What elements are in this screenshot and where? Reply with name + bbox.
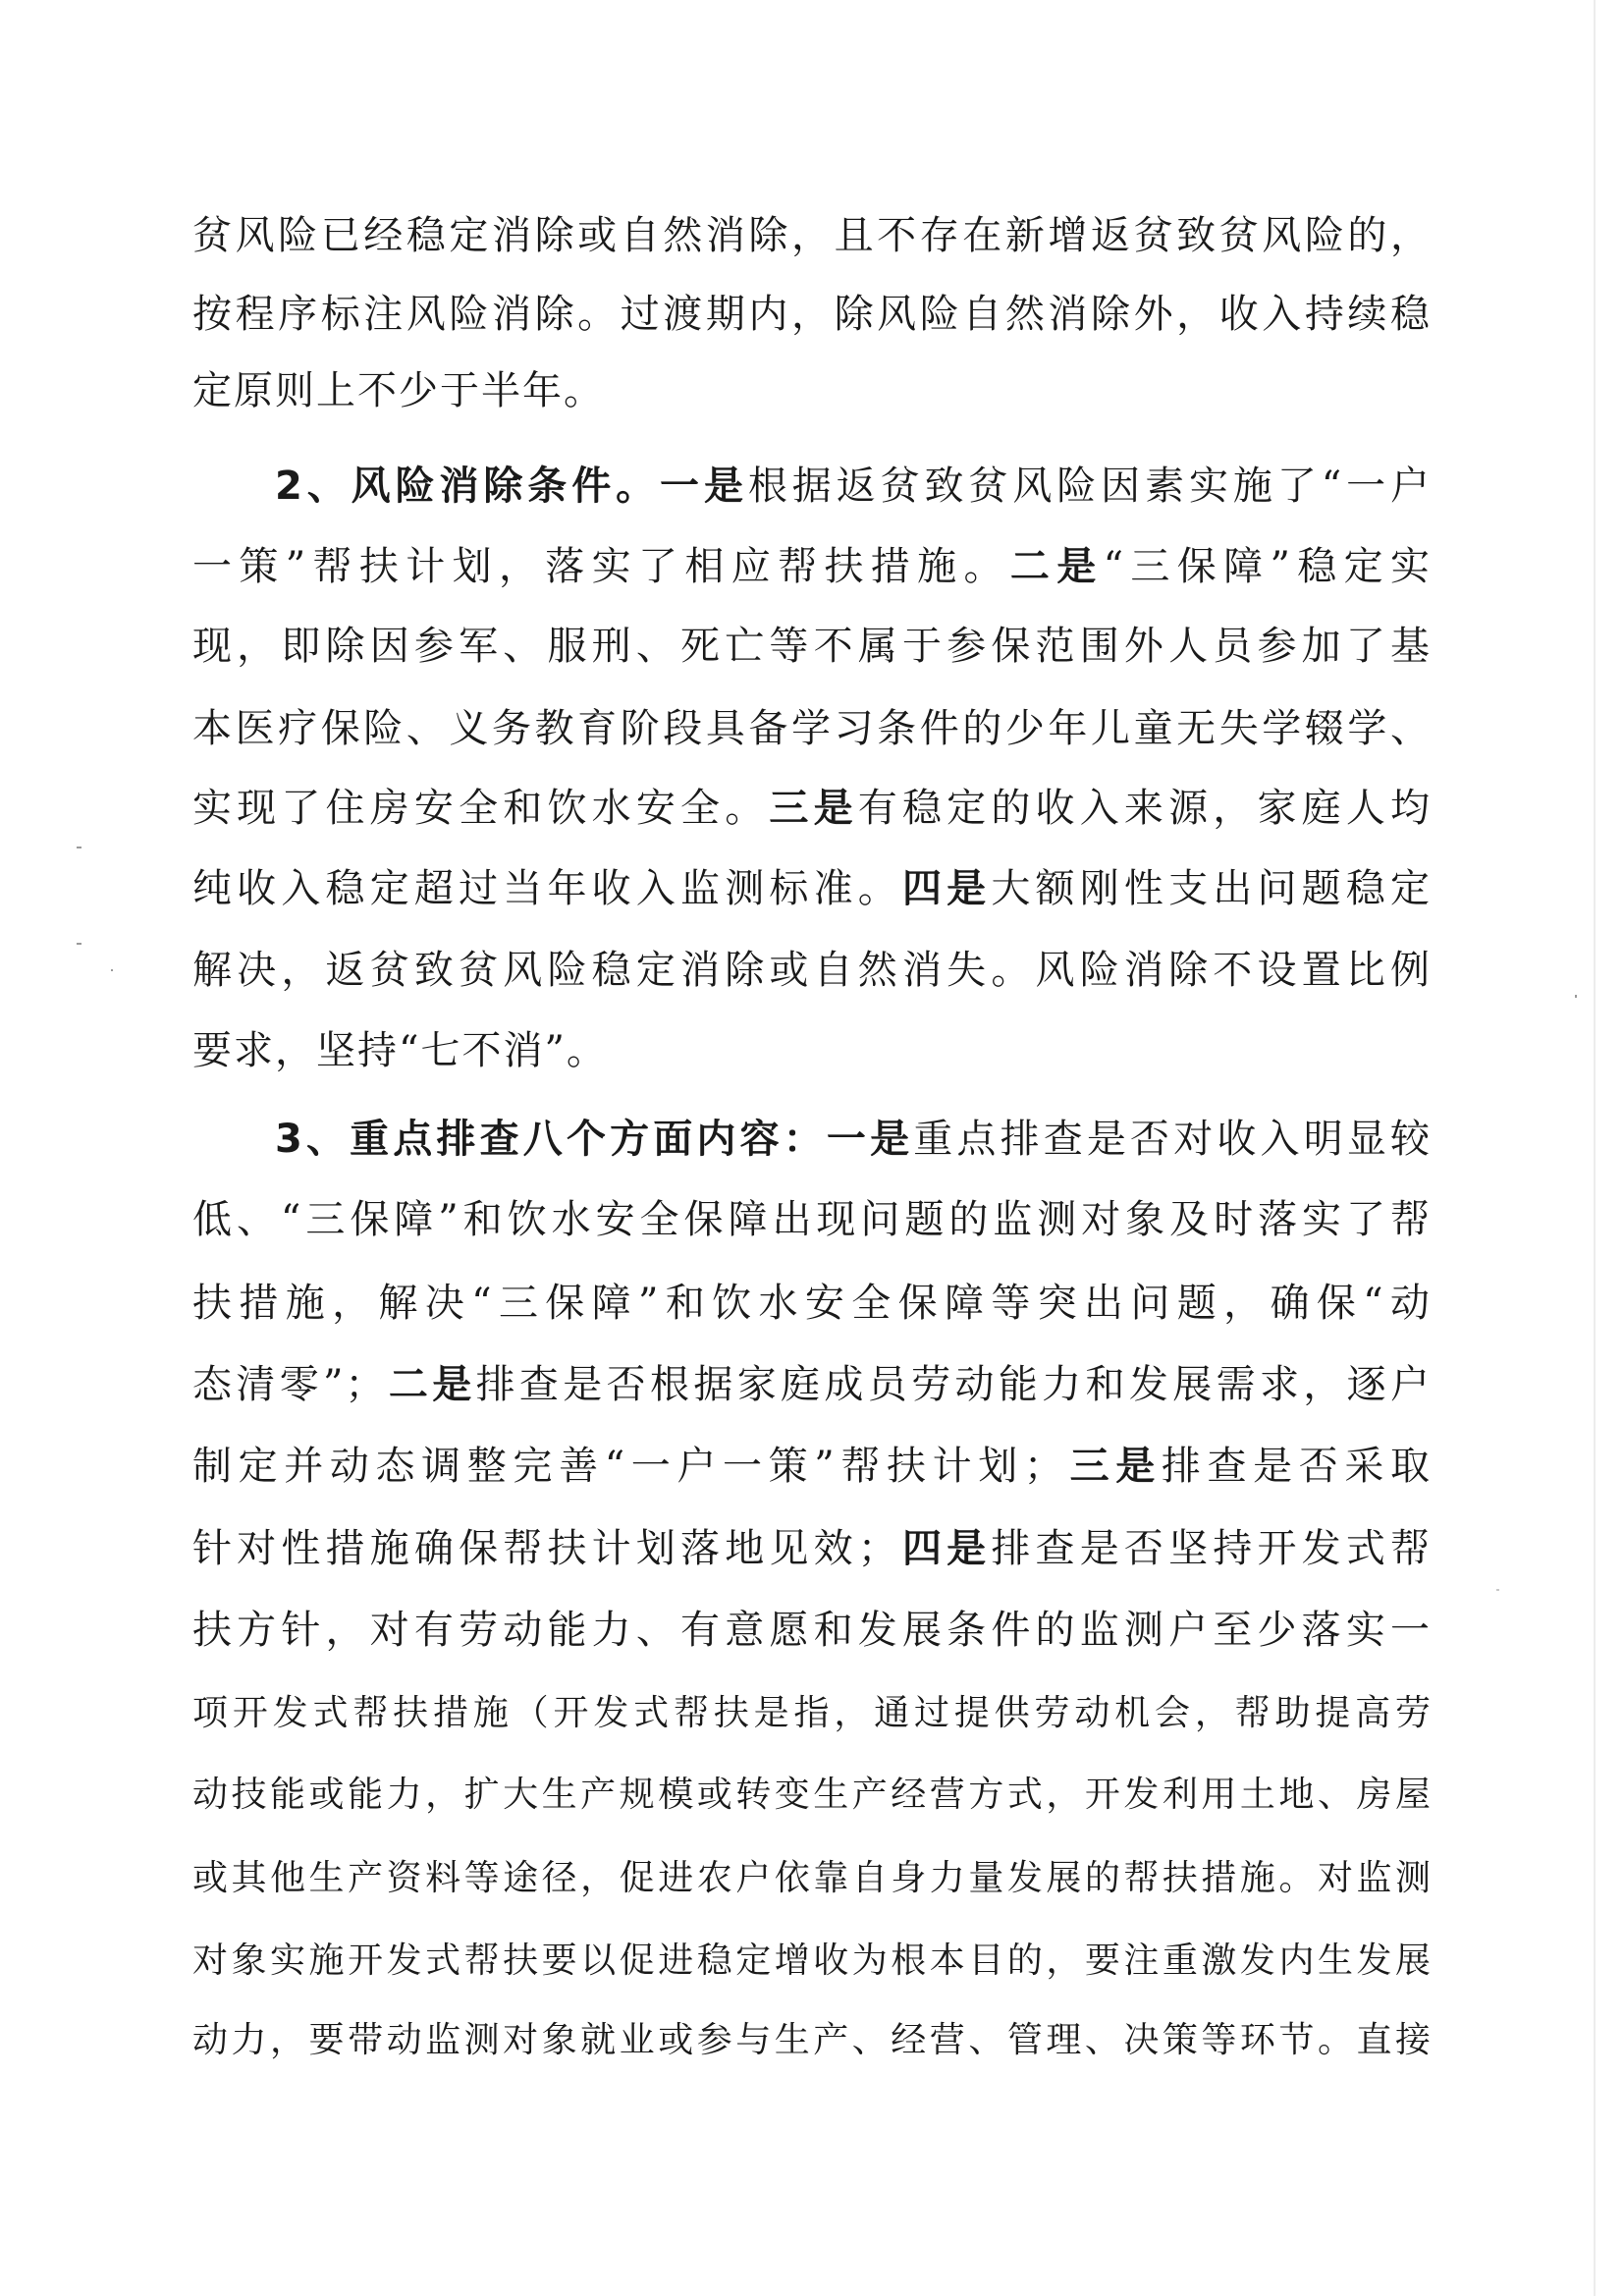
body-text: 动力，要带动监测对象就业或参与生产、经营、管理、决策等环节。直接 — [192, 2020, 1432, 2060]
body-text: 排查是否坚持开发式帮 — [991, 1526, 1432, 1571]
body-text: 有稳定的收入来源，家庭人均 — [858, 786, 1432, 831]
p2-risk-elimination-conditions-line: 本医疗保险、义务教育阶段具备学习条件的少年儿童无失学辍学、 — [192, 704, 1432, 753]
body-text: 解决，返贫致贫风险稳定消除或自然消失。风险消除不设置比例 — [192, 948, 1432, 993]
p3-eight-aspects-line: 项开发式帮扶措施（开发式帮扶是指，通过提供劳动机会，帮助提高劳 — [192, 1689, 1432, 1738]
bold-heading-text: 四是 — [902, 866, 991, 911]
p3-eight-aspects-line: 态清零”；二是排查是否根据家庭成员劳动能力和发展需求，逐户 — [192, 1360, 1432, 1409]
body-text: 一策”帮扶计划，落实了相应帮扶措施。 — [192, 544, 1010, 589]
body-text: 按程序标注风险消除。过渡期内，除风险自然消除外，收入持续稳 — [192, 292, 1432, 337]
body-text: 动技能或能力，扩大生产规模或转变生产经营方式，开发利用土地、房屋 — [192, 1775, 1432, 1815]
body-text: 现，即除因参军、服刑、死亡等不属于参保范围外人员参加了基 — [192, 624, 1432, 669]
p3-eight-aspects-line: 扶方针，对有劳动能力、有意愿和发展条件的监测户至少落实一 — [192, 1606, 1432, 1655]
p3-eight-aspects-line: 3、重点排查八个方面内容：一是重点排查是否对收入明显较 — [192, 1115, 1432, 1164]
body-text: “三保障”稳定实 — [1104, 544, 1432, 589]
p2-risk-elimination-conditions-line: 要求，坚持“七不消”。 — [192, 1026, 1432, 1075]
scan-edge-line — [1594, 0, 1596, 2296]
body-text: 本医疗保险、义务教育阶段具备学习条件的少年儿童无失学辍学、 — [192, 706, 1432, 751]
bold-heading-text: 二是 — [1010, 544, 1104, 589]
p2-risk-elimination-conditions-line: 一策”帮扶计划，落实了相应帮扶措施。二是“三保障”稳定实 — [192, 542, 1432, 591]
body-text: 制定并动态调整完善“一户一策”帮扶计划； — [192, 1444, 1065, 1489]
p2-risk-elimination-conditions-line: 实现了住房安全和饮水安全。三是有稳定的收入来源，家庭人均 — [192, 784, 1432, 833]
body-text: 针对性措施确保帮扶计划落地见效； — [192, 1526, 899, 1571]
p3-eight-aspects-line: 动力，要带动监测对象就业或参与生产、经营、管理、决策等环节。直接 — [192, 2016, 1432, 2065]
body-text: 扶方针，对有劳动能力、有意愿和发展条件的监测户至少落实一 — [192, 1608, 1432, 1653]
bold-heading-text: 三是 — [1065, 1444, 1162, 1489]
p1-continuation-line: 按程序标注风险消除。过渡期内，除风险自然消除外，收入持续稳 — [192, 290, 1432, 339]
p3-eight-aspects-line: 对象实施开发式帮扶要以促进稳定增收为根本目的，要注重激发内生发展 — [192, 1937, 1432, 1986]
scan-speck — [111, 969, 113, 971]
p3-eight-aspects-line: 制定并动态调整完善“一户一策”帮扶计划；三是排查是否采取 — [192, 1442, 1432, 1491]
body-text: 大额刚性支出问题稳定 — [991, 866, 1432, 911]
p1-continuation-line: 定原则上不少于半年。 — [192, 366, 1432, 415]
scanned-document-page: 贫风险已经稳定消除或自然消除，且不存在新增返贫致贫风险的，按程序标注风险消除。过… — [0, 0, 1623, 2296]
body-text: 低、“三保障”和饮水安全保障出现问题的监测对象及时落实了帮 — [192, 1197, 1432, 1242]
p2-risk-elimination-conditions-line: 现，即除因参军、服刑、死亡等不属于参保范围外人员参加了基 — [192, 622, 1432, 671]
body-text: 贫风险已经稳定消除或自然消除，且不存在新增返贫致贫风险的， — [192, 213, 1432, 258]
bold-heading-text: 四是 — [899, 1526, 992, 1571]
p2-risk-elimination-conditions-line: 纯收入稳定超过当年收入监测标准。四是大额刚性支出问题稳定 — [192, 864, 1432, 913]
scan-speck — [77, 847, 81, 848]
bold-heading-text: 一是 — [827, 1117, 913, 1162]
p3-eight-aspects-line: 或其他生产资料等途径，促进农户依靠自身力量发展的帮扶措施。对监测 — [192, 1854, 1432, 1903]
scan-speck — [77, 943, 81, 945]
scan-speck — [1575, 995, 1577, 998]
p2-risk-elimination-conditions-line: 2、风险消除条件。一是根据返贫致贫风险因素实施了“一户 — [192, 462, 1432, 511]
body-text: 定原则上不少于半年。 — [192, 368, 605, 413]
p2-risk-elimination-conditions-line: 解决，返贫致贫风险稳定消除或自然消失。风险消除不设置比例 — [192, 946, 1432, 995]
body-text: 对象实施开发式帮扶要以促进稳定增收为根本目的，要注重激发内生发展 — [192, 1941, 1432, 1981]
body-text: 纯收入稳定超过当年收入监测标准。 — [192, 866, 902, 911]
body-text: 要求，坚持“七不消”。 — [192, 1028, 608, 1073]
bold-heading-text: 三是 — [769, 786, 857, 831]
body-text: 项开发式帮扶措施（开发式帮扶是指，通过提供劳动机会，帮助提高劳 — [192, 1693, 1432, 1733]
body-text: 态清零”； — [192, 1362, 387, 1407]
p3-eight-aspects-line: 扶措施，解决“三保障”和饮水安全保障等突出问题，确保“动 — [192, 1279, 1432, 1328]
body-text: 排查是否采取 — [1162, 1444, 1432, 1489]
p3-eight-aspects-line: 动技能或能力，扩大生产规模或转变生产经营方式，开发利用土地、房屋 — [192, 1771, 1432, 1820]
p1-continuation-line: 贫风险已经稳定消除或自然消除，且不存在新增返贫致贫风险的， — [192, 211, 1432, 260]
body-text: 重点排查是否对收入明显较 — [913, 1117, 1432, 1162]
bold-heading-text: 2、风险消除条件。 — [275, 464, 660, 509]
body-text: 排查是否根据家庭成员劳动能力和发展需求，逐户 — [476, 1362, 1432, 1407]
bold-heading-text: 3、重点排查八个方面内容： — [275, 1117, 827, 1162]
p3-eight-aspects-line: 低、“三保障”和饮水安全保障出现问题的监测对象及时落实了帮 — [192, 1195, 1432, 1244]
body-text: 实现了住房安全和饮水安全。 — [192, 786, 769, 831]
body-text: 扶措施，解决“三保障”和饮水安全保障等突出问题，确保“动 — [192, 1281, 1432, 1326]
p3-eight-aspects-line: 针对性措施确保帮扶计划落地见效；四是排查是否坚持开发式帮 — [192, 1524, 1432, 1573]
body-text: 或其他生产资料等途径，促进农户依靠自身力量发展的帮扶措施。对监测 — [192, 1858, 1432, 1898]
bold-heading-text: 二是 — [387, 1362, 476, 1407]
body-text: 根据返贫致贫风险因素实施了“一户 — [748, 464, 1432, 509]
bold-heading-text: 一是 — [660, 464, 748, 509]
scan-speck — [1496, 1589, 1499, 1591]
